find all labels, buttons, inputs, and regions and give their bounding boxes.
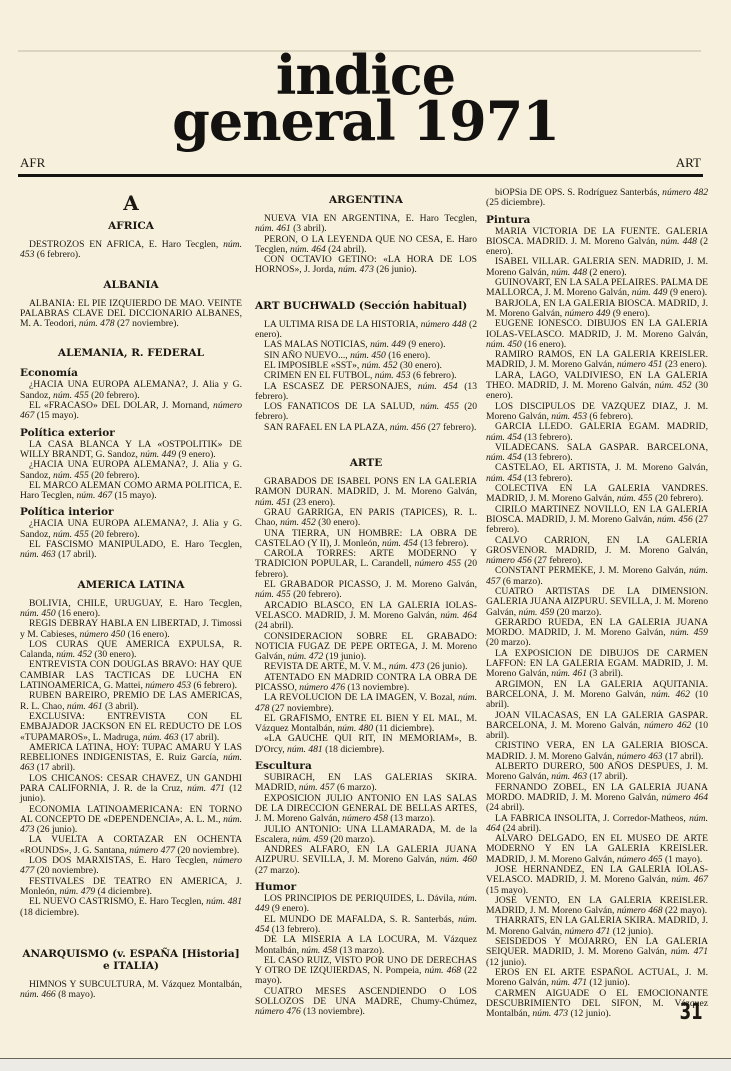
index-entry: LA EXPOSICION DE DIBUJOS DE CARMEN LAFFO… [486,649,708,680]
index-entry: ANDRES ALFARO, EN LA GALERIA JUANA AIZPU… [255,845,477,876]
index-entry: JOAN VILACASAS, EN LA GALERIA GASPAR. BA… [486,711,708,742]
subsection-group: EsculturaSUBIRACH, EN LAS GALERIAS SKIRA… [255,760,477,1018]
index-entry: ARCADIO BLASCO, EN LA GALERIA IOLAS-VELA… [255,601,477,632]
issue-number: núm. 454 [486,432,522,443]
issue-number: núm. 463 [551,771,587,782]
issue-number: núm. 467 [671,874,708,885]
subsection-group: Economía¿HACIA UNA EUROPA ALEMANA?, J. A… [20,367,242,560]
section-heading: ARTE [255,457,477,469]
index-entry: EL GRAFISMO, ENTRE EL BIEN Y EL MAL, M. … [255,714,477,735]
index-entry: DESTROZOS EN AFRICA, E. Haro Tecglen, nú… [20,240,242,261]
issue-number: núm. 457 [486,565,708,586]
index-entry: LOS CURAS QUE AMERICA EXPULSA, R. Caland… [20,640,242,661]
index-entry: EXCLUSIVA: ENTREVISTA CON EL EMBAJADOR J… [20,712,242,743]
index-entry: CASTELAO, EL ARTISTA, J. M. Moreno Galvá… [486,463,708,484]
issue-number: núm. 473 [338,264,374,275]
index-entry: CON OCTAVIO GETINO: «LA HORA DE LOS HORN… [255,255,477,276]
index-entry: ALBERTO DURERO, 500 AÑOS DESPUES, J. M. … [486,762,708,783]
issue-number: núm. 453 [375,370,411,381]
issue-number: número 450 [79,629,125,640]
issue-number: núm. 455 [617,493,653,504]
index-entry: EL GRABADOR PICASSO, J. M. Moreno Galván… [255,580,477,601]
issue-number: núm. 481 [287,744,323,755]
subsection-group: biOPSia DE OPS. S. Rodríguez Santerbás, … [486,188,708,1019]
index-entry: LOS DOS MARXISTAS, E. Haro Tecglen, núme… [20,856,242,877]
index-entry: LA ULTIMA RISA DE LA HISTORIA, número 44… [255,320,477,341]
subsection-heading: Escultura [255,760,477,772]
subsection-heading: Política exterior [20,427,242,439]
issue-number: núm. 458 [301,945,337,956]
index-entry: CONSIDERACION SOBRE EL GRABADO: NOTICIA … [255,632,477,663]
issue-number: núm. 449 [632,287,668,298]
index-entry: LA CASA BLANCA Y LA «OSTPOLITIK» DE WILL… [20,440,242,461]
entry-list: LA ULTIMA RISA DE LA HISTORIA, número 44… [255,320,477,433]
index-entry: ATENTADO EN MADRID CONTRA LA OBRA DE PIC… [255,673,477,694]
index-entry: ALBANIA: EL PIE IZQUIERDO DE MAO. VEINTE… [20,299,242,330]
guide-word-left: AFR [20,155,45,171]
section-heading: ARGENTINA [255,194,477,206]
index-entry: ¿HACIA UNA EUROPA ALEMANA?, J. Alia y G.… [20,519,242,540]
index-entry: VILADECANS. SALA GASPAR. BARCELONA, núm.… [486,443,708,464]
issue-number: número 464 [662,792,708,803]
page-number: 31 [680,1000,703,1025]
index-entry: CUATRO ARTISTAS DE LA DIMENSION. GALERIA… [486,587,708,618]
issue-number: núm. 464 [486,813,708,834]
index-entry: SUBIRACH, EN LAS GALERIAS SKIRA. MADRID,… [255,773,477,794]
issue-number: núm. 454 [255,914,477,935]
issue-number: núm. 464 [440,610,477,621]
index-entry: CIRILO MARTINEZ NOVILLO, EN LA GALERIA B… [486,505,708,536]
issue-number: núm. 456 [657,514,693,525]
subsection-heading: Humor [255,881,477,893]
index-entry: EL «FRACASO» DEL DOLAR, J. Mornand, núme… [20,401,242,422]
index-entry: ENTREVISTA CON DOUGLAS BRAVO: HAY QUE CA… [20,660,242,691]
entry-list: NUEVA VIA EN ARGENTINA, E. Haro Tecglen,… [255,214,477,276]
issue-number: núm. 473 [20,814,242,835]
index-entry: EL FASCISMO MANIPULADO, E. Haro Tecglen,… [20,540,242,561]
index-entry: MARIA VICTORIA DE LA FUENTE. GALERIA BIO… [486,227,708,258]
issue-number: número 458 [342,813,388,824]
issue-number: número 476 [255,1006,301,1017]
index-entry: LARA, LAGO, VALDIVIESO, EN LA GALERIA TH… [486,371,708,402]
issue-number: núm. 466 [20,989,56,1000]
issue-number: núm. 460 [440,854,477,865]
index-entry: «LA GAUCHE QUI RIT, IN MEMORIAM», B. D'O… [255,734,477,755]
issue-number: núm. 453 [20,239,242,260]
index-entry: GERARDO RUEDA, EN LA GALERIA JUANA MORDO… [486,618,708,649]
entry-list: ALBANIA: EL PIE IZQUIERDO DE MAO. VEINTE… [20,299,242,330]
issue-number: núm. 459 [519,607,555,618]
index-entry: EXPOSICION JULIO ANTONIO EN LAS SALAS DE… [255,794,477,825]
index-entry: ECONOMIA LATINOAMERICANA: EN TORNO AL CO… [20,805,242,836]
issue-number: núm. 454 [418,381,458,392]
issue-number: núm. 461 [67,701,103,712]
index-entry: SAN RAFAEL EN LA PLAZA, núm. 456 (27 feb… [255,423,477,433]
index-entry: EL MUNDO DE MAFALDA, S. R. Santerbás, nú… [255,915,477,936]
entry-list: GRABADOS DE ISABEL PONS EN LA GALERIA RA… [255,477,477,755]
index-entry: EL CASO RUIZ, VISTO POR UNO DE DERECHAS … [255,956,477,987]
index-entry: HIMNOS Y SUBCULTURA, M. Vázquez Montalbá… [20,980,242,1001]
index-entry: ISABEL VILLAR. GALERIA SEN. MADRID, J. M… [486,257,708,278]
issue-number: número 477 [20,855,242,876]
index-entry: GUINOVART, EN LA SALA PELAIRES. PALMA DE… [486,278,708,299]
index-entry: LOS FANATICOS DE LA SALUD, núm. 455 (20 … [255,402,477,423]
index-entry: CONSTANT PERMEKE, J. M. Moreno Galván, n… [486,566,708,587]
index-entry: LA FABRICA INSOLITA, J. Corredor-Matheos… [486,814,708,835]
entry-list: DESTROZOS EN AFRICA, E. Haro Tecglen, nú… [20,240,242,261]
subsection-heading: Economía [20,367,242,379]
index-entry: UNA TIERRA, UN HOMBRE: LA OBRA DE CASTEL… [255,529,477,550]
index-entry: EL MARCO ALEMAN COMO ARMA POLITICA, E. H… [20,481,242,502]
index-entry: ALVARO DELGADO, EN EL MUSEO DE ARTE MODE… [486,834,708,865]
index-entry: REGIS DEBRAY HABLA EN LIBERTAD, J. Timos… [20,619,242,640]
section-heading: AFRICA [20,220,242,232]
index-entry: EROS EN EL ARTE ESPAÑOL ACTUAL, J. M. Mo… [486,968,708,989]
index-entry: GRAU GARRIGA, EN PARIS (TAPICES), R. L. … [255,508,477,529]
issue-number: núm. 457 [299,782,335,793]
issue-number: núm. 473 [389,661,425,672]
index-entry: ¿HACIA UNA EUROPA ALEMANA?, J. Alia y G.… [20,380,242,401]
index-entry: LA ESCASEZ DE PERSONAJES, núm. 454 (13 f… [255,382,477,403]
issue-number: núm. 478 [79,318,115,329]
issue-number: núm. 455 [420,401,459,412]
issue-number: núm. 455 [53,470,89,481]
index-entry: ¿HACIA UNA EUROPA ALEMANA?, J. Alia y G.… [20,460,242,481]
issue-number: núm. 471 [671,946,708,957]
index-entry: CALVO CARRION, EN LA GALERIA GROSVENOR. … [486,536,708,567]
issue-number: núm. 448 [661,236,697,247]
title-line-2: general 1971 [0,98,731,144]
column-1: A AFRICA DESTROZOS EN AFRICA, E. Haro Te… [20,188,242,1000]
issue-number: núm. 471 [187,783,225,794]
issue-number: número 448 [421,319,467,330]
index-entry: FESTIVALES DE TEATRO EN AMERICA, J. Monl… [20,877,242,898]
index-entry: GARCIA LLEDO. GALERIA EGAM. MADRID, núm.… [486,422,708,443]
index-entry: JULIO ANTONIO: UNA LLAMARADA, M. de la E… [255,825,477,846]
index-entry: NUEVA VIA EN ARGENTINA, E. Haro Tecglen,… [255,214,477,235]
index-entry: FERNANDO ZOBEL, EN LA GALERIA JUANA MORD… [486,783,708,814]
index-entry: JOSE VENTO, EN LA GALERIA KREISLER. MADR… [486,896,708,917]
index-entry: CUATRO MESES ASCENDIENDO O LOS SOLLOZOS … [255,987,477,1018]
index-entry: EL NUEVO CASTRISMO, E. Haro Tecglen, núm… [20,897,242,918]
issue-number: número 455 [415,558,462,569]
index-entry: CRISTINO VERA, EN LA GALERIA BIOSCA. MAD… [486,741,708,762]
issue-number: número 482 [662,187,708,198]
issue-number: número 467 [20,400,242,421]
issue-number: núm. 463 [20,549,56,560]
header-rule [18,174,703,177]
index-entry: CARMEN AIGUADE O EL EMOCIONANTE DESCUBRI… [486,989,708,1020]
issue-number: núm. 463 [143,732,179,743]
section-heading: ALBANIA [20,279,242,291]
issue-number: número 462 [644,720,691,731]
index-entry: LA VUELTA A CORTAZAR EN OCHENTA «ROUNDS»… [20,835,242,856]
issue-number: núm. 459 [670,627,708,638]
issue-number: núm. 481 [206,896,242,907]
index-entry: AMERICA LATINA, HOY: TUPAC AMARU Y LAS R… [20,743,242,774]
subsection-heading: Pintura [486,214,708,226]
index-entry: RAMIRO RAMOS, EN LA GALERIA KREISLER. MA… [486,350,708,371]
issue-number: núm. 467 [76,490,112,501]
issue-number: núm. 452 [280,517,316,528]
index-entry: LOS DISCIPULOS DE VAZQUEZ DIAZ, J. M. Mo… [486,402,708,423]
issue-number: núm. 456 [390,422,426,433]
index-page: indice general 1971 AFR ART A AFRICA DES… [0,0,731,1059]
issue-number: número 451 [617,359,663,370]
issue-number: núm. 471 [551,977,587,988]
issue-number: núm. 461 [255,223,291,234]
issue-number: núm. 478 [255,692,477,713]
section-heading: ANARQUISMO (v. ESPAÑA [Historia] e ITALI… [20,948,242,972]
index-entry: LOS CHICANOS: CESAR CHAVEZ, UN GANDHI PA… [20,774,242,805]
issue-number: núm. 462 [651,689,690,700]
guide-word-right: ART [676,155,701,171]
entry-list: HIMNOS Y SUBCULTURA, M. Vázquez Montalbá… [20,980,242,1001]
section-heading: ART BUCHWALD (Sección habitual) [255,300,477,312]
index-entry: PERON, O LA LEYENDA QUE NO CESA, E. Haro… [255,235,477,256]
entry-list: BOLIVIA, CHILE, URUGUAY, E. Haro Tecglen… [20,599,242,918]
issue-number: núm. 473 [532,1008,568,1019]
issue-number: núm. 463 [20,752,242,773]
index-entry: biOPSia DE OPS. S. Rodríguez Santerbás, … [486,188,708,209]
issue-number: núm. 468 [425,965,461,976]
column-2: ARGENTINA NUEVA VIA EN ARGENTINA, E. Har… [255,188,477,1018]
issue-number: núm. 455 [255,589,291,600]
index-entry: JOSE HERNANDEZ, EN LA GALERIA IOLAS-VELA… [486,865,708,896]
section-heading: AMERICA LATINA [20,579,242,591]
issue-number: núm. 451 [255,497,291,508]
issue-number: núm. 461 [551,668,587,679]
section-letter: A [20,192,242,214]
index-entry: SEISDEDOS Y MOJARRO, EN LA GALERIA SEIQU… [486,937,708,968]
index-entry: BARJOLA, EN LA GALERIA BIOSCA. MADRID, J… [486,299,708,320]
index-entry: BOLIVIA, CHILE, URUGUAY, E. Haro Tecglen… [20,599,242,620]
issue-number: núm. 449 [255,893,477,914]
page-title: indice general 1971 [0,52,731,144]
section-heading: ALEMANIA, R. FEDERAL [20,347,242,359]
index-entry: LOS PRINCIPIOS DE PERIQUIDES, L. Dávila,… [255,894,477,915]
index-entry: COLECTIVA EN LA GALERIA VANDRES. MADRID,… [486,484,708,505]
subsection-heading: Política interior [20,506,242,518]
issue-number: núm. 452 [655,380,692,391]
index-entry: LA REVOLUCION DE LA IMAGEN, V. Bozal, nú… [255,693,477,714]
index-entry: THARRATS, EN LA GALERIA SKIRA. MADRID, J… [486,916,708,937]
index-entry: EUGENE IONESCO. DIBUJOS EN LA GALERIA IO… [486,319,708,350]
column-3: biOPSia DE OPS. S. Rodríguez Santerbás, … [486,188,708,1019]
index-entry: CAROLA TORRES: ARTE MODERNO Y TRADICION … [255,549,477,580]
index-entry: GRABADOS DE ISABEL PONS EN LA GALERIA RA… [255,477,477,508]
index-entry: RUBEN BAREIRO, PREMIO DE LAS AMERICAS, R… [20,691,242,712]
index-entry: DE LA MISERIA A LA LOCURA, M. Vázquez Mo… [255,935,477,956]
index-entry: ARGIMON, EN LA GALERIA AQUITANIA. BARCEL… [486,680,708,711]
